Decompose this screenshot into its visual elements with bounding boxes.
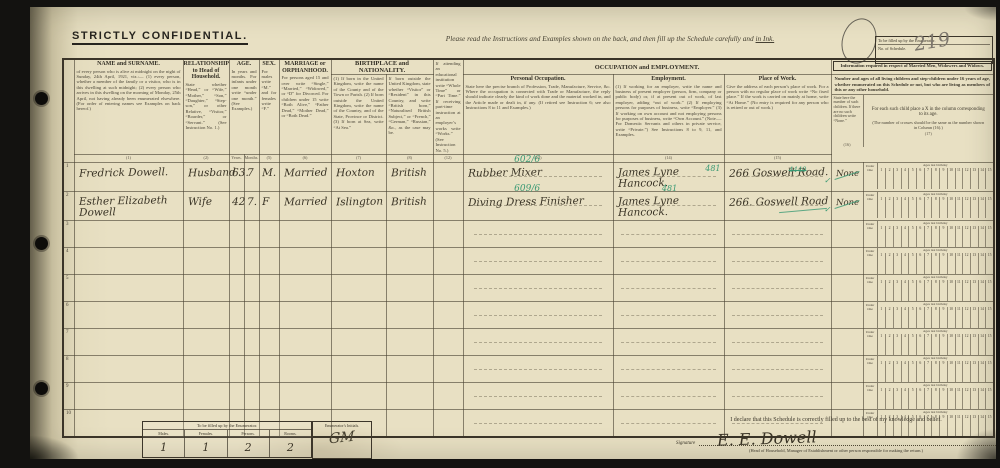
summary-col-value: 1: [185, 438, 226, 457]
birthplace-cell: [331, 355, 386, 382]
age-grid-cell: 8: [931, 168, 939, 189]
sex-cell: F: [259, 191, 279, 220]
age-years-cell: [229, 328, 244, 355]
marriage-cell-value: Married: [279, 193, 327, 209]
place-of-work-cell: 266. Goswell Road✓: [724, 191, 831, 220]
col-header-birthplace: (1) If born in the United Kingdom, write…: [331, 75, 386, 155]
children-ages-grid: Under OneAges last birthday1234567891011…: [864, 221, 994, 247]
age-grid-cell: 14: [978, 280, 986, 301]
children-number-cell: [831, 247, 863, 274]
education-cell: [433, 301, 463, 328]
summary-col-value: 2: [270, 438, 311, 457]
clerk-annotation: 481: [662, 184, 677, 193]
age-grid-cell: 1: [878, 361, 886, 382]
nationality-cell: [386, 247, 433, 274]
age-grid-cell: 8: [931, 307, 939, 328]
enumerator-summary-column: Persons.2: [227, 430, 269, 457]
age-grid-cell: 2: [885, 168, 893, 189]
age-grid-cell: 4: [901, 334, 909, 355]
summary-col-value: 1: [143, 438, 184, 457]
children-ages-cell: Under OneAges last birthday1234567891011…: [863, 220, 994, 247]
schedule-paper: STRICTLY CONFIDENTIAL. Please read the I…: [30, 7, 996, 459]
place-of-work-cell: [724, 355, 831, 382]
age-months-cell: [244, 301, 259, 328]
age-grid-cell: 7: [924, 197, 932, 218]
age-grid-cell: 7: [924, 226, 932, 247]
education-cell: [433, 191, 463, 220]
age-grid-cell: 4: [901, 226, 909, 247]
age-grid-cell: 7: [924, 361, 932, 382]
age-grid-cell: 13: [970, 280, 978, 301]
age-grid-cell: 15: [985, 361, 993, 382]
age-grid-cell: 14: [978, 334, 986, 355]
age-grid-cell: 6: [916, 197, 924, 218]
colnum-birthplace: (7): [331, 154, 386, 162]
age-grid-cell: 4: [901, 307, 909, 328]
marriage-cell: [279, 301, 331, 328]
children-ages-subcolumn: For each such child place a X in the col…: [864, 95, 994, 147]
name-cell-value: Fredrick Dowell.: [74, 163, 167, 180]
age-months-label: Months.: [244, 154, 259, 162]
col-header-marriage: MARRIAGE or ORPHANHOOD. For persons aged…: [279, 59, 331, 154]
children-number-subcolumn: State here the number of such children. …: [832, 95, 864, 147]
under-one-label: Under One: [864, 163, 878, 189]
children-ages-grid: Under OneAges last birthday1234567891011…: [864, 275, 994, 301]
age-grid-cell: 10: [947, 307, 955, 328]
age-grid-cell: 6: [916, 388, 924, 409]
schedule-row: 6Under OneAges last birthday123456789101…: [63, 301, 994, 328]
children-x-note: For each such child place a X in the col…: [864, 105, 994, 119]
nationality-cell: [386, 409, 433, 437]
nationality-note: If born outside the United Kingdom, stat…: [387, 75, 433, 136]
nationality-cell: [386, 328, 433, 355]
relationship-cell: [183, 328, 229, 355]
relationship-note: State whether “Head,” or “Wife,” “Mother…: [184, 81, 229, 132]
age-grid-cell: 5: [908, 168, 916, 189]
education-cell: [433, 274, 463, 301]
schedule-row: 5Under OneAges last birthday123456789101…: [63, 274, 994, 301]
age-grid-cell: 10: [947, 197, 955, 218]
children-group-header: Information required in respect of Marri…: [831, 59, 994, 75]
children-ages-cell: Under OneAges last birthday1234567891011…: [863, 355, 994, 382]
children-number-cell: None: [831, 162, 863, 191]
under-one-label: Under One: [864, 192, 878, 218]
row-number-value: 1: [65, 163, 69, 169]
children-ages-grid: Under OneAges last birthday1234567891011…: [864, 383, 994, 409]
hole-punch-icon: [35, 237, 48, 250]
age-grid-cell: 13: [970, 197, 978, 218]
name-title: NAME and SURNAME.: [75, 60, 183, 68]
under-one-label: Under One: [864, 221, 878, 247]
row-number-value: 4: [65, 248, 69, 254]
name-cell: [74, 274, 183, 301]
birthplace-cell: [331, 220, 386, 247]
age-note: In years and months. For infants under o…: [230, 68, 259, 113]
age-grid-cell: 14: [978, 197, 986, 218]
nationality-cell: [386, 355, 433, 382]
children-ages-grid: Under OneAges last birthday1234567891011…: [864, 192, 994, 218]
col-header-place-of-work: Place of Work. Give the address of each …: [724, 75, 831, 155]
marriage-cell: Married: [279, 162, 331, 191]
age-grid-cell: 8: [931, 226, 939, 247]
nationality-cell: [386, 220, 433, 247]
age-grid-cell: 6: [916, 361, 924, 382]
clerk-annotation: 481: [705, 164, 720, 173]
col-header-age: AGE. In years and months. For infants un…: [229, 59, 259, 154]
enumerator-initials-box: Enumerator's Initials. GM: [312, 421, 372, 459]
row-number: 8: [63, 355, 74, 382]
age-grid-cell: 1: [878, 197, 886, 218]
age-grid-cell: 1: [878, 334, 886, 355]
read-instructions-line: Please read the Instructions and Example…: [330, 34, 890, 43]
age-grid-cell: 5: [908, 280, 916, 301]
age-grid-cell: 10: [947, 334, 955, 355]
relationship-cell: [183, 220, 229, 247]
schedule-row: 8Under OneAges last birthday123456789101…: [63, 355, 994, 382]
age-grid-cell: 9: [939, 168, 947, 189]
age-months-cell: [244, 328, 259, 355]
age-grid-cell: 5: [908, 197, 916, 218]
age-grid-cell: 12: [962, 388, 970, 409]
marriage-cell: [279, 382, 331, 409]
row-number: 10: [63, 409, 74, 437]
age-grid-cell: 9: [939, 226, 947, 247]
nationality-cell: British: [386, 162, 433, 191]
age-grid-cell: 11: [955, 168, 963, 189]
children-number-cell: [831, 328, 863, 355]
under-one-label: Under One: [864, 383, 878, 409]
employment-cell: [613, 247, 724, 274]
schedule-row: 9Under OneAges last birthday123456789101…: [63, 382, 994, 409]
age-grid-cell: 3: [893, 197, 901, 218]
birthplace-cell: [331, 247, 386, 274]
age-grid-cell: 6: [916, 226, 924, 247]
children-ages-cell: Under OneAges last birthday1234567891011…: [863, 162, 994, 191]
marriage-cell: Married: [279, 191, 331, 220]
marriage-cell: [279, 274, 331, 301]
under-one-label: Under One: [864, 302, 878, 328]
age-grid-cell: 7: [924, 334, 932, 355]
education-cell: [433, 382, 463, 409]
clerk-annotation: ✓: [824, 176, 831, 185]
col-header-nationality: If born outside the United Kingdom, stat…: [386, 75, 433, 155]
under-one-label: Under One: [864, 329, 878, 355]
age-grid-cell: 9: [939, 253, 947, 274]
age-grid-cell: 4: [901, 388, 909, 409]
age-years-cell: [229, 220, 244, 247]
employment-title: Employment.: [614, 75, 724, 83]
relationship-cell: [183, 274, 229, 301]
age-years-cell: [229, 274, 244, 301]
marriage-note: For persons aged 15 and over write “Sing…: [280, 74, 331, 119]
employment-cell: James Lyne Hancock.481: [613, 191, 724, 220]
age-grid-cell: 10: [947, 361, 955, 382]
employment-cell: [613, 382, 724, 409]
children-ages-grid: Under OneAges last birthday1234567891011…: [864, 302, 994, 328]
age-grid-cell: 1: [878, 307, 886, 328]
sex-cell: [259, 220, 279, 247]
summary-col-value: 2: [228, 438, 269, 457]
clerk-annotation: ✓: [824, 205, 831, 214]
age-grid-cell: 11: [955, 280, 963, 301]
age-grid-cell: 4: [901, 168, 909, 189]
relationship-cell: Husband: [183, 162, 229, 191]
schedule-row: 3Under OneAges last birthday123456789101…: [63, 220, 994, 247]
age-grid-cell: 3: [893, 361, 901, 382]
age-grid-cell: 8: [931, 388, 939, 409]
birthplace-cell-value: Islington: [331, 192, 382, 208]
marriage-cell: [279, 220, 331, 247]
age-grid-cell: 8: [931, 334, 939, 355]
age-months-cell: 7: [244, 162, 259, 191]
children-ages-cell: Under OneAges last birthday1234567891011…: [863, 301, 994, 328]
occupation-cell-value: Diving Dress Finisher: [463, 192, 583, 209]
age-grid-cell: 11: [955, 307, 963, 328]
age-grid-cell: 2: [885, 361, 893, 382]
schedule-row: 7Under OneAges last birthday123456789101…: [63, 328, 994, 355]
name-cell-value: Esther Elizabeth Dowell: [74, 191, 182, 219]
census-table: NAME and SURNAME. of every person who is…: [62, 58, 995, 438]
name-cell: [74, 247, 183, 274]
education-cell: [433, 409, 463, 437]
age-grid-cell: 2: [885, 334, 893, 355]
relationship-cell: [183, 301, 229, 328]
children-none-note: State here the number of such children. …: [832, 95, 863, 142]
summary-col-header: Rooms.: [270, 430, 311, 438]
colnum-relationship: (2): [183, 154, 229, 162]
row-number: 9: [63, 382, 74, 409]
row-number-value: 2: [65, 192, 69, 198]
birthplace-group-header: BIRTHPLACE and NATIONALITY.: [331, 59, 433, 75]
col-header-sex: SEX. For males write “M.” and for female…: [259, 59, 279, 154]
children-ages-grid: Under OneAges last birthday1234567891011…: [864, 356, 994, 382]
enumerator-initials-handwriting: GM: [329, 429, 355, 448]
relationship-cell-value: Husband: [183, 163, 235, 179]
age-grid-cell: 7: [924, 307, 932, 328]
age-grid-cell: 14: [978, 168, 986, 189]
children-number-cell: [831, 220, 863, 247]
age-grid-cell: 3: [893, 388, 901, 409]
age-months-cell: [244, 274, 259, 301]
age-months-cell: 7.: [244, 191, 259, 220]
enumerator-summary-columns: Males.1Females.1Persons.2Rooms.2: [143, 430, 311, 457]
place-of-work-cell: [724, 328, 831, 355]
read-instructions-text: Please read the Instructions and Example…: [446, 34, 754, 43]
birthplace-cell: [331, 382, 386, 409]
age-grid-cell: 1: [878, 280, 886, 301]
col-header-employment: Employment. (1) If working for an employ…: [613, 75, 724, 155]
col-header-occupation: Personal Occupation. State here the prec…: [463, 75, 613, 155]
row-number-value: 8: [65, 356, 69, 362]
children-ages-cell: Under OneAges last birthday1234567891011…: [863, 191, 994, 220]
age-months-cell-value: 7: [244, 164, 253, 179]
occupation-cell-value: Rubber Mixer: [463, 163, 541, 179]
nationality-cell-value: British: [386, 164, 426, 180]
age-grid-cell: 9: [939, 307, 947, 328]
age-grid-cell: 3: [893, 307, 901, 328]
age-months-cell: [244, 355, 259, 382]
age-grid-cell: 4: [901, 253, 909, 274]
age-grid-cell: 10: [947, 253, 955, 274]
row-number: 7: [63, 328, 74, 355]
age-grid-cell: 2: [885, 253, 893, 274]
summary-col-header: Males.: [143, 430, 184, 438]
age-grid-cell: 1: [878, 226, 886, 247]
age-grid-cell: 4: [901, 361, 909, 382]
relationship-cell-value: Wife: [183, 193, 211, 209]
age-grid-cell: 3: [893, 253, 901, 274]
declaration-block: I declare that this Schedule is correctl…: [670, 417, 1000, 453]
children-none-colnum: (16): [832, 142, 863, 147]
relationship-cell: Wife: [183, 191, 229, 220]
age-grid-cell: 7: [924, 280, 932, 301]
occupation-cell: [463, 301, 613, 328]
age-months-cell: [244, 382, 259, 409]
age-grid-cell: 13: [970, 334, 978, 355]
place-of-work-cell: [724, 274, 831, 301]
age-grid-cell: 9: [939, 361, 947, 382]
name-note: of every person who is alive at midnight…: [75, 68, 183, 113]
employment-cell: [613, 328, 724, 355]
marriage-title: MARRIAGE or ORPHANHOOD.: [280, 60, 331, 74]
children-intro: Number and ages of all living children a…: [832, 75, 994, 94]
children-ages-grid: Under OneAges last birthday1234567891011…: [864, 248, 994, 274]
age-grid-cell: 9: [939, 388, 947, 409]
age-years-cell: [229, 301, 244, 328]
age-grid-cell: 15: [985, 226, 993, 247]
age-grid-cell: 13: [970, 226, 978, 247]
age-grid-cell: 12: [962, 280, 970, 301]
children-number-cell: None: [831, 191, 863, 220]
sex-cell: [259, 355, 279, 382]
age-grid-cell: 5: [908, 361, 916, 382]
age-years-cell: 63.: [229, 162, 244, 191]
sex-cell-value: M.: [259, 164, 275, 179]
sex-note: For males write “M.” and for females wri…: [260, 68, 279, 113]
children-number-cell: [831, 301, 863, 328]
relationship-cell: [183, 247, 229, 274]
signature-line: E. E. Dowell: [699, 431, 996, 446]
enumerator-summary-column: Males.1: [143, 430, 184, 457]
place-of-work-note: Give the address of each person’s place …: [725, 83, 831, 112]
schedule-row: 4Under OneAges last birthday123456789101…: [63, 247, 994, 274]
age-grid-cell: 5: [908, 253, 916, 274]
birthplace-cell: [331, 328, 386, 355]
relationship-title: RELATIONSHIP to Head of Household.: [184, 60, 229, 81]
age-grid-cell: 12: [962, 226, 970, 247]
employment-cell-value: James Lyne Hancock.: [613, 191, 723, 219]
age-grid-cell: 2: [885, 307, 893, 328]
colnum-sex: (5): [259, 154, 279, 162]
sex-cell-value: F: [259, 193, 269, 208]
occupation-cell: [463, 355, 613, 382]
age-grid-cell: 8: [931, 361, 939, 382]
age-grid-cell: 15: [985, 197, 993, 218]
clerk-annotation: [779, 208, 827, 213]
children-ages-cell: Under OneAges last birthday1234567891011…: [863, 274, 994, 301]
relationship-cell: [183, 382, 229, 409]
employment-cell: [613, 220, 724, 247]
age-grid-cell: 12: [962, 197, 970, 218]
under-one-label: Under One: [864, 275, 878, 301]
age-grid-cell: 6: [916, 334, 924, 355]
age-grid-cell: 6: [916, 168, 924, 189]
age-grid-cell: 10: [947, 280, 955, 301]
occupation-cell: [463, 382, 613, 409]
occupation-cell: [463, 409, 613, 437]
name-cell: [74, 355, 183, 382]
row-number: 6: [63, 301, 74, 328]
name-cell: [74, 328, 183, 355]
age-grid-cell: 7: [924, 253, 932, 274]
age-grid-cell: 2: [885, 197, 893, 218]
marriage-cell: [279, 355, 331, 382]
age-grid-cell: 6: [916, 253, 924, 274]
row-number-value: 6: [65, 302, 69, 308]
children-number-cell: [831, 382, 863, 409]
sex-cell: M.: [259, 162, 279, 191]
scanned-census-schedule: STRICTLY CONFIDENTIAL. Please read the I…: [0, 0, 1000, 468]
age-grid-cell: 8: [931, 280, 939, 301]
age-grid-cell: 10: [947, 168, 955, 189]
colnum-employment: (14): [613, 154, 724, 162]
age-grid-cell: 3: [893, 334, 901, 355]
enumerator-summary-table: To be filled up by the Enumerator. Males…: [142, 421, 312, 458]
name-cell: [74, 301, 183, 328]
birthplace-cell: Hoxton: [331, 162, 386, 191]
age-grid-cell: 10: [947, 226, 955, 247]
occupation-cell: [463, 220, 613, 247]
age-grid-cell: 5: [908, 226, 916, 247]
row-number-value: 3: [65, 221, 69, 227]
enumerator-summary-column: Rooms.2: [269, 430, 311, 457]
col-header-name: NAME and SURNAME. of every person who is…: [74, 59, 183, 154]
place-of-work-cell-value: 266 Goswell Road.: [724, 163, 828, 180]
col-header-relationship: RELATIONSHIP to Head of Household. State…: [183, 59, 229, 154]
age-grid-cell: 3: [893, 226, 901, 247]
children-grid-colnum: (17): [864, 131, 994, 136]
sex-cell: [259, 382, 279, 409]
age-grid-cell: 14: [978, 307, 986, 328]
row-number: 1: [63, 162, 74, 191]
strictly-confidential-heading: STRICTLY CONFIDENTIAL.: [72, 30, 248, 45]
hole-punch-icon: [35, 382, 48, 395]
education-cell: [433, 328, 463, 355]
age-grid-cell: 3: [893, 168, 901, 189]
children-ages-cell: Under OneAges last birthday1234567891011…: [863, 247, 994, 274]
children-group-body: Number and ages of all living children a…: [831, 75, 994, 163]
age-grid-cell: 11: [955, 388, 963, 409]
age-grid-cell: 5: [908, 334, 916, 355]
birthplace-cell: Islington: [331, 191, 386, 220]
colnum-nationality: (8): [386, 154, 433, 162]
row-number: 4: [63, 247, 74, 274]
children-number-cell: [831, 355, 863, 382]
children-ages-grid: Under OneAges last birthday1234567891011…: [864, 329, 994, 355]
age-months-cell: [244, 220, 259, 247]
place-of-work-cell: [724, 301, 831, 328]
children-number-cell: [831, 274, 863, 301]
schedule-body: 1Fredrick Dowell.Husband63.7M.MarriedHox…: [63, 162, 994, 437]
marriage-cell-value: Married: [279, 163, 327, 179]
place-of-work-cell: 266 Goswell Road.4440✓: [724, 162, 831, 191]
place-of-work-cell: [724, 247, 831, 274]
row-number: 2: [63, 191, 74, 220]
age-grid-cell: 1: [878, 253, 886, 274]
place-of-work-cell: [724, 382, 831, 409]
age-grid-cell: 7: [924, 168, 932, 189]
place-of-work-cell: [724, 220, 831, 247]
